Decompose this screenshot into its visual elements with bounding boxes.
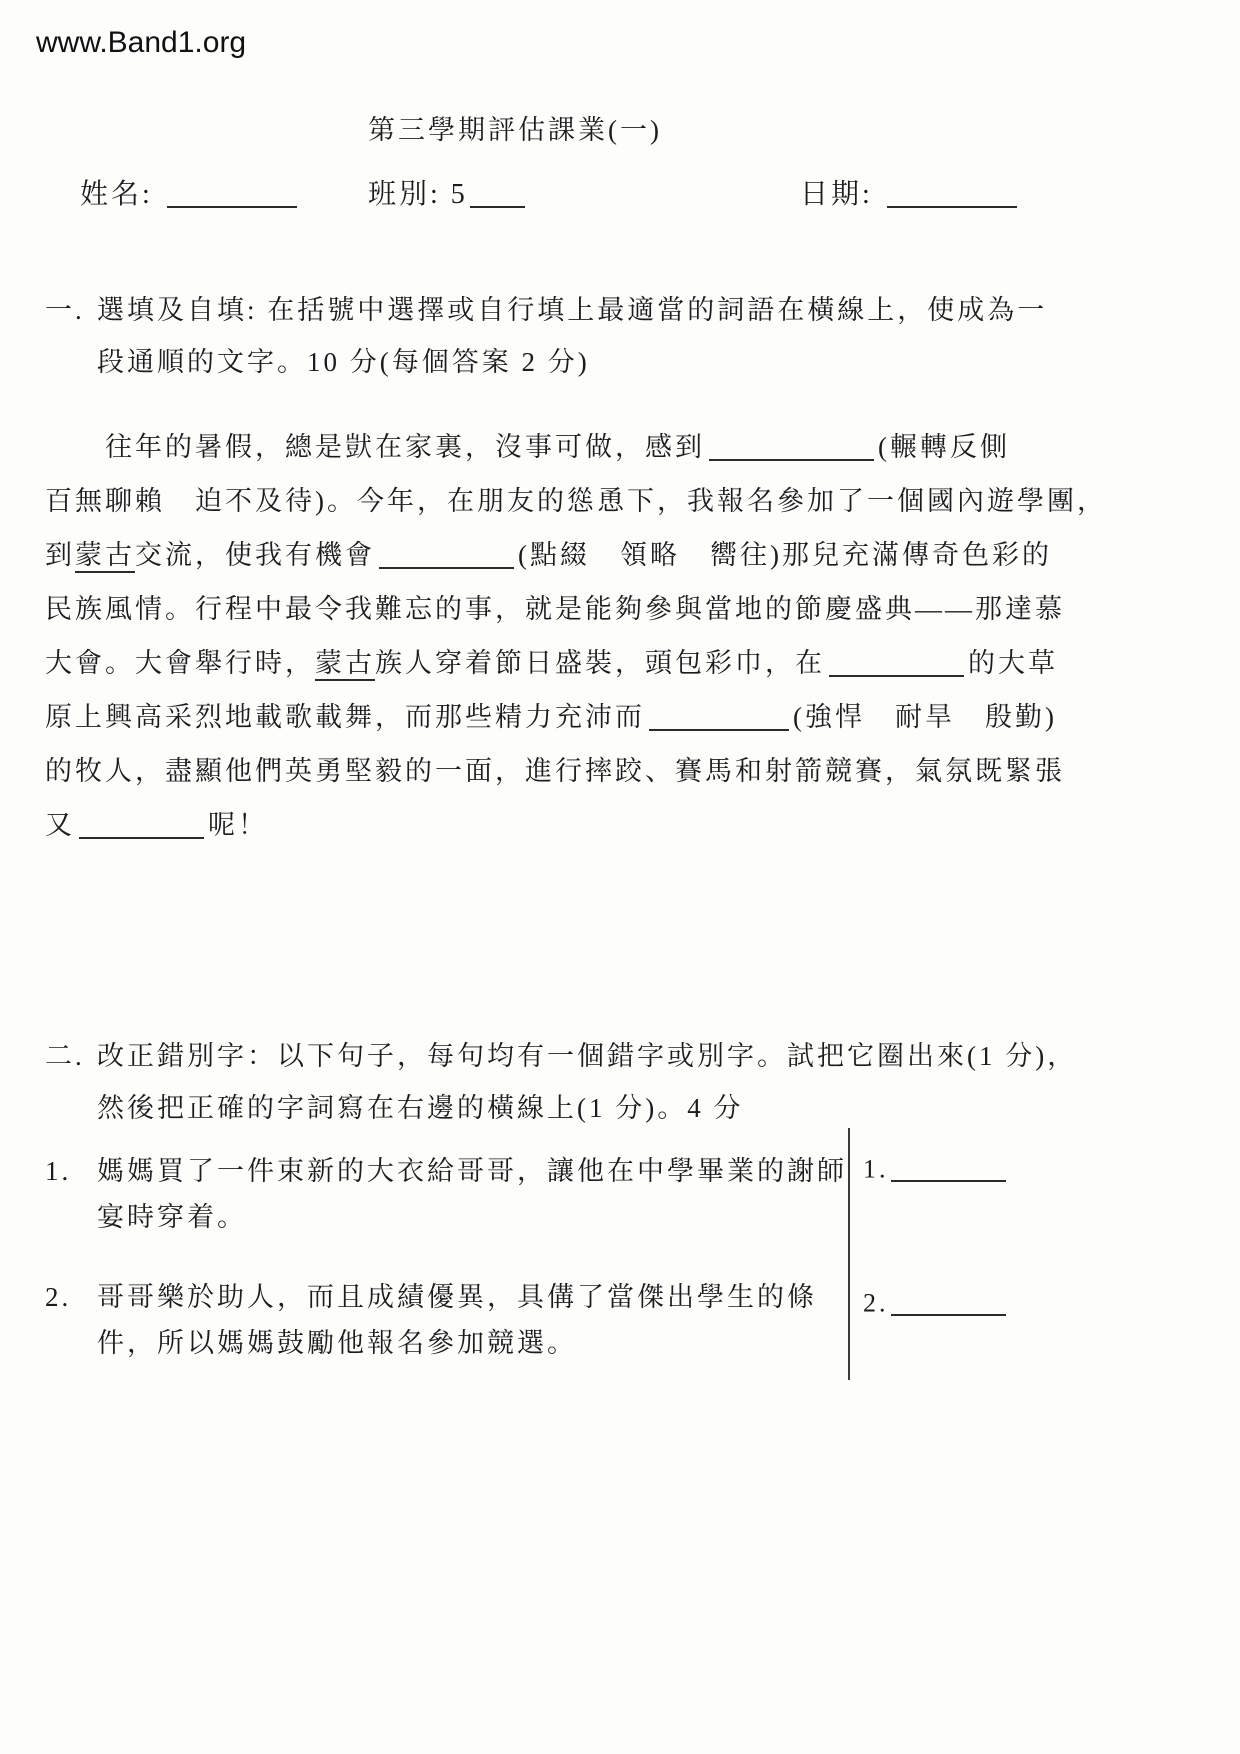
- item-sentence: 媽媽買了一件束新的大衣給哥哥，讓他在中學畢業的謝師宴時穿着。: [97, 1148, 855, 1240]
- paragraph-line: 往年的暑假，總是獃在家裏，沒事可做，感到(輾轉反側: [45, 420, 1205, 474]
- correction-item: 2.哥哥樂於助人，而且成績優異，具傋了當傑出學生的條件，所以媽媽鼓勵他報名參加競…: [45, 1274, 855, 1366]
- answer-number: 2.: [863, 1288, 889, 1317]
- paragraph-text: 往年的暑假，總是獃在家裏，沒事可做，感到: [105, 432, 705, 462]
- paragraph-line: 又呢！: [45, 798, 1205, 852]
- class-field: 班別: 5: [368, 172, 529, 212]
- paragraph-text: 呢！: [208, 810, 268, 840]
- paragraph-text: (強悍 耐旱 殷勤): [793, 702, 1057, 732]
- fill-blank-line[interactable]: [649, 702, 789, 731]
- section-one-number: 一.: [45, 284, 97, 336]
- underlined-term: 蒙古: [75, 540, 135, 573]
- date-input-line[interactable]: [887, 178, 1017, 208]
- paragraph-line: 原上興高采烈地載歌載舞，而那些精力充沛而(強悍 耐旱 殷勤): [45, 690, 1205, 744]
- name-label: 姓名:: [80, 179, 153, 210]
- fill-blank-line[interactable]: [79, 810, 204, 839]
- item-number: 2.: [45, 1274, 97, 1366]
- section-one: 一.選填及自填: 在括號中選擇或自行填上最適當的詞語在橫線上，使成為一 段通順的…: [45, 284, 1205, 852]
- paragraph-line: 到蒙古交流，使我有機會(點綴 領略 嚮往)那兒充滿傳奇色彩的: [45, 528, 1205, 582]
- paragraph-text: 又: [45, 810, 75, 840]
- class-input-line[interactable]: [470, 178, 525, 208]
- fill-blank-line[interactable]: [829, 648, 964, 677]
- class-label: 班別:: [368, 179, 441, 210]
- answer-input-line[interactable]: [891, 1154, 1006, 1182]
- paragraph-text: 交流，使我有機會: [135, 540, 375, 570]
- answer-number: 1.: [863, 1154, 889, 1183]
- fill-blank-line[interactable]: [379, 540, 514, 569]
- underlined-term: 蒙古: [315, 648, 375, 681]
- paragraph-text: 大會。大會舉行時，: [45, 648, 315, 678]
- paragraph-text: (點綴 領略 嚮往)那兒充滿傳奇色彩的: [518, 540, 1052, 570]
- paragraph-text: 的牧人，盡顯他們英勇堅毅的一面，進行摔跤、賽馬和射箭競賽，氣氛既緊張: [45, 756, 1065, 786]
- class-value: 5: [451, 179, 468, 210]
- paragraph-text: 族人穿着節日盛裝，頭包彩巾，在: [375, 648, 825, 678]
- paragraph-text: 民族風情。行程中最令我難忘的事，就是能夠參與當地的節慶盛典——那達慕: [45, 594, 1065, 624]
- item-sentence: 哥哥樂於助人，而且成績優異，具傋了當傑出學生的條件，所以媽媽鼓勵他報名參加競選。: [97, 1274, 855, 1366]
- paragraph-text: 原上興高采烈地載歌載舞，而那些精力充沛而: [45, 702, 645, 732]
- site-watermark: www.Band1.org: [36, 26, 246, 60]
- name-input-line[interactable]: [167, 178, 297, 208]
- section-two-body: 1.媽媽買了一件束新的大衣給哥哥，讓他在中學畢業的謝師宴時穿着。2.哥哥樂於助人…: [45, 1148, 1205, 1408]
- paragraph-text: 到: [45, 540, 75, 570]
- fill-blank-line[interactable]: [709, 432, 874, 461]
- paragraph-line: 的牧人，盡顯他們英勇堅毅的一面，進行摔跤、賽馬和射箭競賽，氣氛既緊張: [45, 744, 1205, 798]
- name-field: 姓名:: [80, 172, 301, 212]
- date-label: 日期:: [800, 179, 873, 210]
- paragraph-text: 百無聊賴 迫不及待)。今年，在朋友的慫恿下，我報名參加了一個國內遊學團，: [45, 486, 1107, 516]
- correction-items: 1.媽媽買了一件束新的大衣給哥哥，讓他在中學畢業的謝師宴時穿着。2.哥哥樂於助人…: [45, 1148, 1205, 1366]
- answer-row: 1.: [863, 1154, 1006, 1184]
- section-two-number: 二.: [45, 1030, 97, 1082]
- section-one-heading-text: 選填及自填: 在括號中選擇或自行填上最適當的詞語在橫線上，使成為一: [97, 295, 1047, 325]
- date-field: 日期:: [800, 172, 1021, 212]
- page-title: 第三學期評估課業(一): [0, 108, 1030, 147]
- section-two: 二.改正錯別字：以下句子，每句均有一個錯字或別字。試把它圈出來(1 分)， 然後…: [45, 1030, 1205, 1408]
- item-number: 1.: [45, 1148, 97, 1240]
- section-two-heading-text: 改正錯別字：以下句子，每句均有一個錯字或別字。試把它圈出來(1 分)，: [97, 1041, 1077, 1071]
- section-two-heading-line2: 然後把正確的字詞寫在右邊的橫線上(1 分)。4 分: [97, 1082, 1205, 1134]
- answer-divider: [848, 1128, 850, 1380]
- section-two-heading: 二.改正錯別字：以下句子，每句均有一個錯字或別字。試把它圈出來(1 分)，: [45, 1030, 1205, 1082]
- answer-row: 2.: [863, 1288, 1006, 1318]
- paragraph-line: 民族風情。行程中最令我難忘的事，就是能夠參與當地的節慶盛典——那達慕: [45, 582, 1205, 636]
- paragraph-text: 的大草: [968, 648, 1058, 678]
- paragraph-line: 大會。大會舉行時，蒙古族人穿着節日盛裝，頭包彩巾，在的大草: [45, 636, 1205, 690]
- answer-input-line[interactable]: [891, 1288, 1006, 1316]
- worksheet-page: www.Band1.org 第三學期評估課業(一) 姓名: 班別: 5 日期: …: [0, 0, 1240, 1754]
- paragraph-text: (輾轉反側: [878, 432, 1010, 462]
- paragraph-line: 百無聊賴 迫不及待)。今年，在朋友的慫恿下，我報名參加了一個國內遊學團，: [45, 474, 1205, 528]
- correction-item: 1.媽媽買了一件束新的大衣給哥哥，讓他在中學畢業的謝師宴時穿着。: [45, 1148, 855, 1240]
- section-one-heading: 一.選填及自填: 在括號中選擇或自行填上最適當的詞語在橫線上，使成為一: [45, 284, 1205, 336]
- section-one-heading-line2: 段通順的文字。10 分(每個答案 2 分): [97, 336, 1205, 388]
- fill-paragraph: 往年的暑假，總是獃在家裏，沒事可做，感到(輾轉反側百無聊賴 迫不及待)。今年，在…: [45, 420, 1205, 852]
